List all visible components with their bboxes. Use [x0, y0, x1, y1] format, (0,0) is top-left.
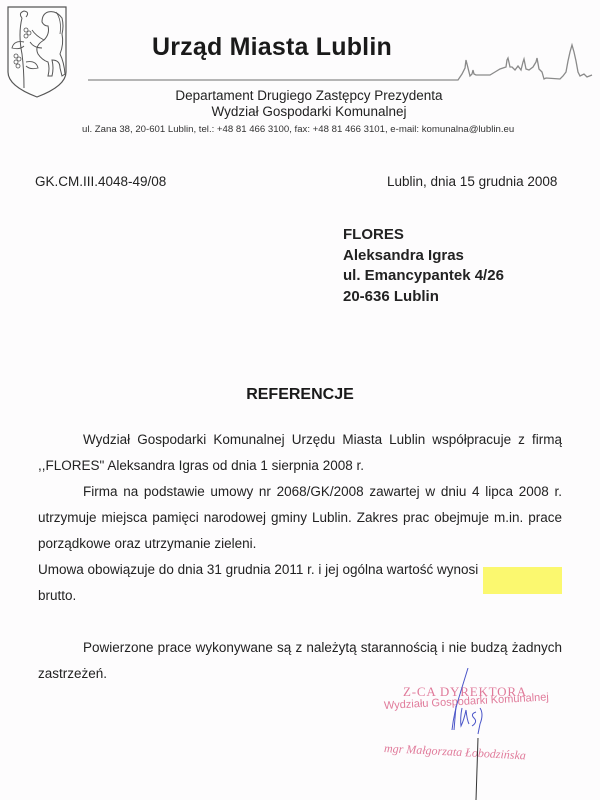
document-heading: REFERENCJE — [0, 386, 600, 404]
department-name: Departament Drugiego Zastępcy Prezydenta — [0, 88, 600, 103]
reference-number: GK.CM.III.4048-49/08 — [35, 174, 166, 189]
place-date: Lublin, dnia 15 grudnia 2008 — [387, 174, 557, 189]
redacted-amount — [483, 567, 562, 594]
recipient-street: ul. Emancypantek 4/26 — [343, 266, 504, 287]
recipient-name: Aleksandra Igras — [343, 246, 504, 267]
contact-info: ul. Zana 38, 20-601 Lublin, tel.: +48 81… — [82, 124, 514, 135]
recipient-city: 20-636 Lublin — [343, 287, 504, 308]
city-skyline-icon — [0, 30, 600, 90]
recipient-address: FLORES Aleksandra Igras ul. Emancypantek… — [343, 225, 504, 307]
paragraph-contract: Firma na podstawie umowy nr 2068/GK/2008… — [38, 479, 562, 557]
recipient-company: FLORES — [343, 225, 504, 246]
division-name: Wydział Gospodarki Komunalnej — [0, 104, 600, 119]
paragraph-cooperation: Wydział Gospodarki Komunalnej Urzędu Mia… — [38, 427, 562, 479]
handwritten-signature-icon — [430, 668, 510, 800]
